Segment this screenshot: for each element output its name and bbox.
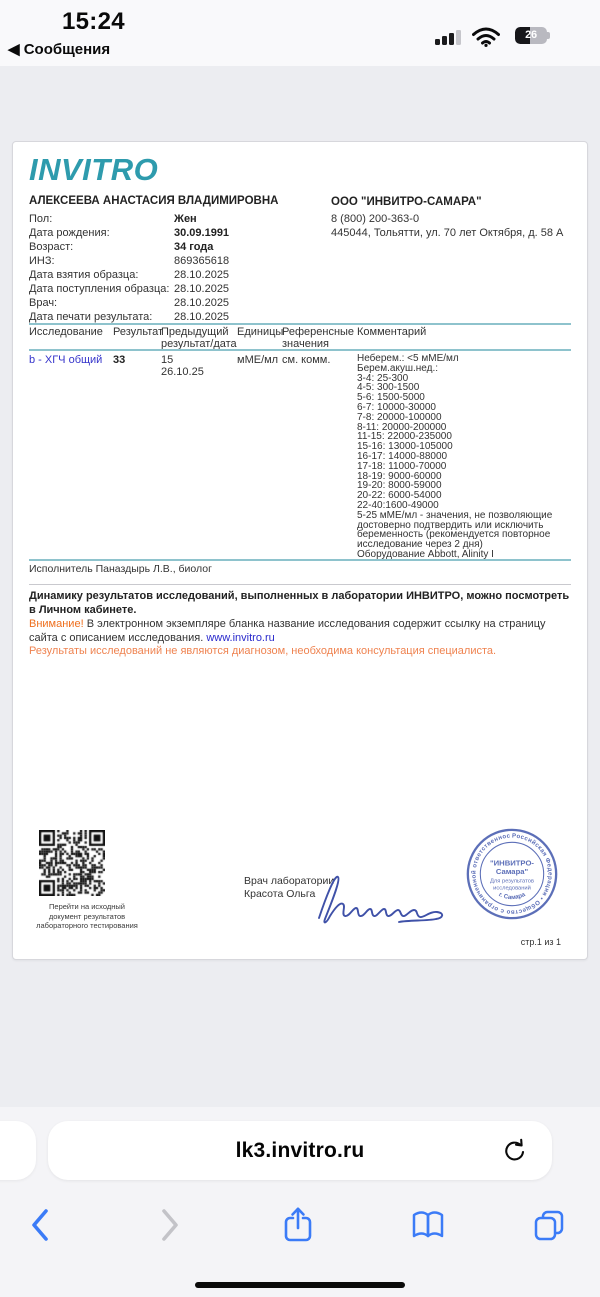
patient-info-row: Дата поступления образца: 28.10.2025	[29, 282, 319, 296]
col-header-test: Исследование	[29, 327, 113, 350]
col-header-result: Результат	[113, 327, 161, 350]
refresh-icon[interactable]	[502, 1138, 528, 1164]
safari-bottom-bar: lk3.invitro.ru	[0, 1107, 600, 1297]
col-header-comment: Комментарий	[357, 327, 571, 350]
lab-report-document: INVITRO АЛЕКСЕЕВА АНАСТАСИЯ ВЛАДИМИРОВНА…	[12, 141, 588, 960]
stamp-line1: "ИНВИТРО-	[490, 858, 534, 867]
table-top-line	[29, 323, 571, 325]
previous-result: 15 26.10.25	[161, 354, 237, 560]
doctor-signature	[309, 866, 459, 930]
result-row: b - ХГЧ общий 33 15 26.10.25 мМЕ/мл см. …	[29, 354, 571, 560]
test-name-link[interactable]: b - ХГЧ общий	[29, 354, 102, 366]
patient-info-row: ИНЗ: 869365618	[29, 254, 319, 268]
units: мМЕ/мл	[237, 354, 282, 560]
attention-note: Внимание! В электронном экземпляре бланк…	[29, 618, 573, 645]
attention-text: В электронном экземпляре бланка название…	[29, 618, 546, 644]
battery-percent: 26	[515, 27, 547, 44]
back-to-messages-button[interactable]: ◀ Сообщения	[8, 40, 110, 58]
safari-toolbar	[0, 1199, 600, 1259]
comment-line: 5-25 мМЕ/мл - значения, не позволяющие д…	[357, 511, 571, 550]
adjacent-tab-peek[interactable]	[0, 1121, 36, 1180]
wifi-icon	[472, 27, 500, 47]
bookmarks-icon[interactable]	[398, 1199, 458, 1251]
patient-info-row: Дата печати результата: 28.10.2025	[29, 310, 319, 324]
patient-info-row: Пол: Жен	[29, 212, 319, 226]
iphone-screen: 15:24 ◀ Сообщения 26 INVITRO	[0, 0, 600, 1297]
patient-info-list: Пол: Жен Дата рождения: 30.09.1991 Возра…	[29, 212, 319, 324]
comment-block: Неберем.: <5 мМЕ/млБерем.акуш.нед.:3-4: …	[357, 354, 571, 560]
stamp-line4: исследований	[493, 884, 531, 891]
qr-caption: Перейти на исходныйдокумент результатовл…	[21, 902, 153, 931]
patient-info-row: Дата взятия образца: 28.10.2025	[29, 268, 319, 282]
disclaimer-note: Результаты исследований не являются диаг…	[29, 645, 573, 657]
tabs-icon[interactable]	[519, 1199, 579, 1251]
col-header-units: Единицы	[237, 327, 282, 350]
results-table-header: Исследование Результат Предыдущий резуль…	[29, 327, 571, 350]
url-text[interactable]: lk3.invitro.ru	[48, 1121, 552, 1180]
share-icon[interactable]	[268, 1199, 328, 1251]
lab-round-stamp: Российская Федерация • Общество с ограни…	[464, 826, 560, 922]
status-bar: 15:24 ◀ Сообщения 26	[0, 0, 600, 66]
lab-contact-block: ООО "ИНВИТРО-САМАРА" 8 (800) 200-363-0 4…	[331, 195, 581, 241]
lab-name: ООО "ИНВИТРО-САМАРА"	[331, 195, 581, 210]
stamp-city: г. Самара	[497, 891, 526, 901]
executor-line: Исполнитель Паназдырь Л.В., биолог	[29, 563, 212, 575]
dynamics-note: Динамику результатов исследований, выпол…	[29, 590, 573, 617]
stamp-line3: Для результатов	[490, 879, 534, 885]
reference-values: см. комм.	[282, 354, 357, 560]
table-bottom-line	[29, 559, 571, 561]
svg-text:г. Самара: г. Самара	[497, 891, 526, 901]
result-value: 33	[113, 354, 125, 366]
forward-button[interactable]	[140, 1199, 200, 1251]
lab-address: 445044, Тольятти, ул. 70 лет Октября, д.…	[331, 226, 581, 241]
patient-info-row: Дата рождения: 30.09.1991	[29, 226, 319, 240]
lab-phone: 8 (800) 200-363-0	[331, 212, 581, 227]
stamp-line2: Самара"	[496, 867, 529, 876]
address-bar[interactable]: lk3.invitro.ru	[48, 1121, 552, 1180]
qr-code	[39, 830, 105, 896]
col-header-previous: Предыдущий результат/дата	[161, 327, 237, 350]
patient-name: АЛЕКСЕЕВА АНАСТАСИЯ ВЛАДИМИРОВНА	[29, 195, 278, 207]
back-button[interactable]	[10, 1199, 70, 1251]
status-time: 15:24	[62, 8, 125, 36]
page-number: стр.1 из 1	[521, 937, 561, 947]
table-header-underline	[29, 349, 571, 351]
divider	[29, 584, 571, 585]
attention-label: Внимание!	[29, 618, 84, 630]
home-indicator[interactable]	[195, 1282, 405, 1288]
battery-icon: 26	[515, 27, 550, 44]
patient-info-row: Возраст: 34 года	[29, 240, 319, 254]
patient-info-row: Врач: 28.10.2025	[29, 296, 319, 310]
col-header-reference: Референсные значения	[282, 327, 357, 350]
cellular-signal-icon	[435, 28, 462, 46]
invitro-logo: INVITRO	[29, 152, 158, 188]
invitro-site-link[interactable]: www.invitro.ru	[206, 632, 274, 644]
